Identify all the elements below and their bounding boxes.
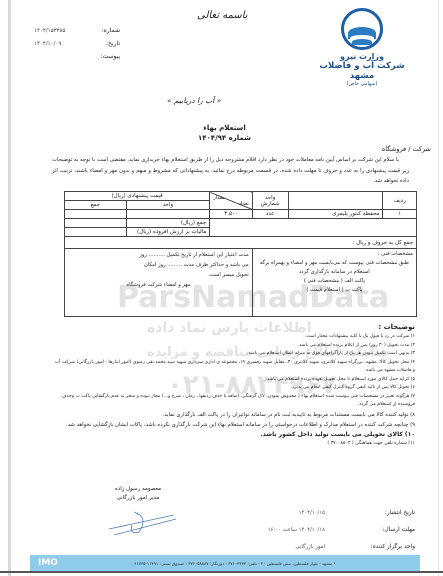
- info-value: ۱۴۰۴/۱۰/۱۸ ساعت ۱۶:۰۰: [268, 527, 325, 533]
- vat-label: مالیات بر ارزش افزوده (ریال): [126, 228, 210, 237]
- meta-date: تاریخ: ۱۴۰۴/۱۰/۰۹: [34, 37, 120, 50]
- sum-row: جمع (ریال): [65, 219, 417, 228]
- info-value: ۱۴۰۴/۱۰/۱۵: [299, 510, 325, 516]
- meta-label: شماره:: [104, 27, 120, 34]
- cell-total-input[interactable]: [65, 210, 127, 219]
- tech-specs-body: طبق مشخصات فنی پیوست که می‌بایست مهر و ا…: [256, 259, 413, 277]
- grand-total-label[interactable]: جمع کل به حروف و ریال :: [65, 237, 417, 249]
- note-item: ۵) کرایه حمل کالای مورد استعلام تا محل ت…: [52, 376, 415, 385]
- company-type: (سهامی خاص): [317, 81, 407, 87]
- table-header-row: ردیف واحد شمارش مقدار تعداد قیمت پیشنهاد…: [65, 192, 417, 201]
- note-item-emphasis: ۱۰) کالای تحویلی می بایست تولید داخل کشو…: [52, 430, 415, 440]
- header-unit: واحد شمارش: [252, 192, 288, 210]
- grand-total-row: جمع کل به حروف و ریال :: [65, 237, 417, 249]
- note-item: ۷) هرگونه تغییر در مشخصات فنی پیوست شده …: [52, 393, 415, 410]
- header-unit-price: واحد: [126, 201, 210, 210]
- validity-line-3: تحویل میسر است.: [68, 270, 249, 280]
- validity-cell: مدت اعتبار این استعلام از تاریخ تکمیل ..…: [65, 249, 253, 317]
- validity-line-2: می باشد و حداکثر ظرف مدت ......... روز ا…: [68, 260, 249, 270]
- signer-name: معصومه رسول زاده: [108, 485, 168, 494]
- right-margin-bar: [438, 0, 439, 576]
- info-row-publish-date: تاریخ انتشار: ۱۴۰۴/۱۰/۱۵: [195, 504, 415, 521]
- header-total: جمع: [65, 201, 127, 210]
- bottom-divider: [0, 571, 443, 573]
- vat-row: مالیات بر ارزش افزوده (ریال): [65, 228, 417, 237]
- cell-description: محفظه کنتور پلیمری: [288, 210, 383, 219]
- note-item: ۱) شرکت در رد یا قبول یک یا کلیه پیشنهاد…: [52, 333, 415, 342]
- items-table: ردیف واحد شمارش مقدار تعداد قیمت پیشنهاد…: [64, 191, 417, 317]
- cell-unit-price-input[interactable]: [126, 210, 210, 219]
- cell-unit: عدد: [252, 210, 288, 219]
- ministry-name: وزارت نیرو: [317, 52, 407, 61]
- sum-label: جمع (ریال): [126, 219, 210, 228]
- info-label: واحد برگزار کننده:: [325, 544, 415, 550]
- header-price-group: قیمت پیشنهادی (ریال): [65, 192, 210, 201]
- company-name: شرکت آب و فاضلاب مشهد: [317, 61, 407, 81]
- meta-value: ۱۴۰۴/۱۰/۰۹: [34, 41, 94, 47]
- validity-line-1: مدت اعتبار این استعلام از تاریخ تکمیل ..…: [68, 250, 249, 260]
- header-row-number: ردیف: [383, 192, 417, 210]
- title-line-2: شماره ۱۴۰۴/۹۴: [12, 133, 437, 143]
- note-item: ۲) مدت تحویل (۳۰ روز) پس از اعلام برنده …: [52, 342, 415, 351]
- meta-number: شماره: ۱۴۰۴/۱۵۳۳۸۵: [34, 24, 120, 37]
- notes-list: ۱) شرکت در رد یا قبول یک یا کلیه پیشنهاد…: [52, 333, 415, 448]
- water-drop-logo-icon: [341, 8, 383, 50]
- signature-block: معصومه رسول زاده مدیر امور بازرگانی: [108, 485, 168, 503]
- meta-label: تاریخ:: [104, 40, 120, 47]
- meta-label: پیوست:: [104, 53, 120, 60]
- note-item: ۴) محل تحویل کالا: مشهد، بزرگراه شهید کل…: [52, 359, 415, 376]
- document-page: ParsNamadData اطلاعات پارس نماد داده سام…: [12, 0, 437, 571]
- meta-attachment: پیوست:: [34, 50, 120, 63]
- header-description: [288, 192, 383, 210]
- cell-quantity: ۳,۵۰۰: [210, 210, 252, 219]
- specs-row: مشخصات فنی : طبق مشخصات فنی پیوست که می‌…: [65, 249, 417, 317]
- info-row-organizer: واحد برگزار کننده: امور بازرگانی: [195, 538, 415, 555]
- info-row-deadline: مهلت ارسال: ۱۴۰۴/۱۰/۱۸ ساعت ۱۶:۰۰: [195, 521, 415, 538]
- note-item: ۶) تحویل کالا پس از تائید کیفی گروه کنتر…: [52, 384, 415, 393]
- recipient: شرکت / فروشگاه: [382, 145, 431, 153]
- notes-title: توضیحات :: [378, 323, 415, 331]
- signer-position: مدیر امور بازرگانی: [108, 494, 168, 503]
- info-label: تاریخ انتشار:: [325, 510, 415, 516]
- note-item: ۸) تولید کننده کالا می بایست مستندات مرب…: [52, 410, 415, 420]
- note-item: ۹) چنانچه شرکت کننده در استعلام مدارک و …: [52, 420, 415, 430]
- left-margin-bar: [8, 0, 11, 576]
- vat-value[interactable]: [65, 228, 127, 237]
- imo-logo-icon: IMO: [38, 558, 58, 568]
- cell-row-number: ۱: [383, 210, 417, 219]
- publication-info: تاریخ انتشار: ۱۴۰۴/۱۰/۱۵ مهلت ارسال: ۱۴۰…: [195, 504, 415, 555]
- basmala: باسمه تعالی: [197, 10, 248, 21]
- letterhead-footer: • مشهد - بلوار فلسطین، نبش فلسطین ۲۰ - ت…: [30, 555, 420, 571]
- info-value: امور بازرگانی: [295, 544, 325, 550]
- company-address: • مشهد - بلوار فلسطین، نبش فلسطین ۲۰ - ت…: [58, 561, 412, 566]
- note-item: ۳) بدیهی است تکمیل نبودن هر یک از پاراگر…: [52, 350, 415, 359]
- packet-b: پاکت ب ( استعلام قیمت ): [256, 286, 413, 295]
- intro-paragraph: با سلام این شرکت بر اساس آیین نامه معامل…: [52, 155, 409, 187]
- signature-scribble-icon: [104, 507, 179, 537]
- slogan: « آب را دریابیم »: [167, 96, 221, 105]
- tech-specs-cell: مشخصات فنی : طبق مشخصات فنی پیوست که می‌…: [252, 249, 416, 317]
- title-line-1: استعلام بهاء: [12, 123, 437, 133]
- stamp-label: مهر و امضاء شرکت فروشگاه: [68, 280, 249, 290]
- meta-value: ۱۴۰۴/۱۵۳۳۸۵: [34, 28, 94, 34]
- packet-a: پاکت الف ( مشخصات فنی ): [256, 277, 413, 286]
- letter-meta: شماره: ۱۴۰۴/۱۵۳۳۸۵ تاریخ: ۱۴۰۴/۱۰/۰۹ پیو…: [34, 24, 120, 63]
- sum-value[interactable]: [65, 219, 127, 228]
- document-title: استعلام بهاء شماره ۱۴۰۴/۹۴: [12, 123, 437, 143]
- header-quantity: مقدار تعداد: [210, 192, 252, 210]
- tech-specs-title: مشخصات فنی :: [256, 250, 413, 259]
- info-label: مهلت ارسال:: [325, 527, 415, 533]
- note-item: ۱۱) شماره تلفن جهت هماهنگی ( ۳۷۰۰۸۵۰۳ ): [52, 440, 415, 449]
- company-logo: وزارت نیرو شرکت آب و فاضلاب مشهد (سهامی …: [317, 8, 407, 87]
- table-row: ۱ محفظه کنتور پلیمری عدد ۳,۵۰۰: [65, 210, 417, 219]
